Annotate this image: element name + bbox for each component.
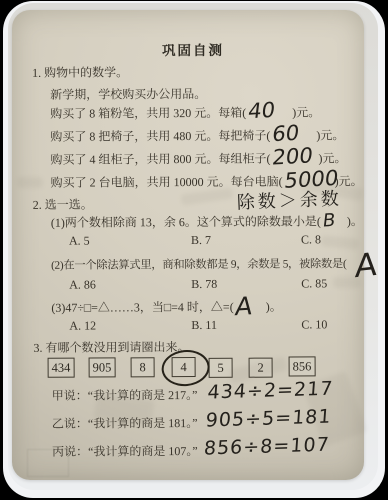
- q2-sub3-options: A. 12B. 11C. 10: [69, 317, 327, 333]
- option-a: A. 12: [69, 318, 191, 334]
- q1-row: 购买了 8 把椅子，共用 480 元。每把椅子(60)元。: [50, 126, 344, 145]
- q2-sub1-before: (1)两个数相除商 13，余 6。这个算式的除数最小是(: [51, 214, 321, 229]
- q1-row1-handwritten-answer: 60: [271, 121, 301, 147]
- q1-label: 1. 购物中的数学。: [32, 63, 128, 81]
- number-box: 905: [89, 357, 116, 377]
- worksheet-content: 巩固自测 1. 购物中的数学。 新学期，学校购买办公用品。 购买了 8 箱粉笔，…: [3, 1, 385, 498]
- q1-intro: 新学期，学校购买办公用品。: [50, 85, 206, 103]
- q1-row: 购买了 4 组柜子，共用 800 元。每组柜子(200)元。: [50, 149, 346, 168]
- option-b: B. 7: [191, 232, 301, 248]
- q3-label: 3. 有哪个数没用到请圈出来。: [33, 338, 189, 356]
- screenshot-root: 巩固自测 1. 购物中的数学。 新学期，学校购买办公用品。 购买了 8 箱粉笔，…: [0, 0, 388, 500]
- number-box: 434: [48, 358, 75, 378]
- q2-sub1-handwritten-answer: B: [322, 210, 337, 232]
- q1-row1-before: 购买了 8 把椅子，共用 480 元。每把椅子(: [50, 129, 270, 144]
- number-box: 5: [209, 358, 233, 378]
- q2-sub2-stem: (2)在一个除法算式里，商和除数都是 9，余数是 5，被除数是(: [51, 255, 347, 273]
- handwritten-work: 905÷5=181: [205, 406, 332, 432]
- q2-sub1-stem: (1)两个数相除商 13，余 6。这个算式的除数最小是(B)。: [51, 212, 363, 231]
- q1-row0-before: 购买了 8 箱粉笔，共用 320 元。每箱(: [50, 106, 246, 121]
- option-c: C. 8: [301, 232, 321, 247]
- q2-sub3-stem: (3)47÷□=△……3，当□=4 时，△=(A)。: [51, 298, 281, 316]
- dialog-speech: 丙说：“我计算的商是 107。”: [52, 442, 198, 460]
- q1-row2-handwritten-answer: 200: [271, 143, 314, 169]
- q1-row0-handwritten-answer: 40: [247, 98, 277, 124]
- q1-row2-before: 购买了 4 组柜子，共用 800 元。每组柜子(: [50, 152, 270, 167]
- q2-sub3-after: )。: [266, 300, 282, 314]
- option-a: A. 86: [69, 277, 191, 293]
- q2-sub1-options: A. 5B. 7C. 8: [69, 232, 321, 248]
- q2-sub3-answer-gap: A: [234, 301, 266, 315]
- q2-label: 2. 选一选。: [33, 196, 93, 213]
- number-box: 2: [249, 358, 273, 378]
- option-c: C. 85: [301, 276, 327, 291]
- option-b: B. 11: [191, 317, 301, 333]
- dialog-speech: 乙说：“我计算的商是 181。”: [52, 414, 198, 432]
- q1-row1-answer-gap: 60: [270, 129, 316, 143]
- dialog-speech: 甲说：“我计算的商是 217。”: [52, 386, 198, 404]
- option-a: A. 5: [69, 233, 191, 249]
- q1-row2-after: )元。: [318, 151, 346, 165]
- q1-row1-after: )元。: [316, 128, 344, 142]
- number-box: 856: [289, 356, 316, 376]
- option-c: C. 10: [301, 317, 327, 332]
- handwritten-work: 434÷2=217: [207, 378, 334, 404]
- q2-sub3-before: (3)47÷□=△……3，当□=4 时，△=(: [51, 300, 233, 315]
- q2-sub2-handwritten-answer: A: [354, 245, 377, 285]
- q1-row: 购买了 8 箱粉笔，共用 320 元。每箱(40)元。: [50, 103, 320, 121]
- q2-sub1-after: )。: [347, 214, 363, 228]
- handwritten-work: 856÷8=107: [203, 434, 330, 460]
- page-title: 巩固自测: [3, 38, 384, 60]
- q1-row0-after: )元。: [292, 105, 320, 119]
- q2-sub2-options: A. 86B. 78C. 85: [69, 276, 327, 292]
- q1-row2-answer-gap: 200: [270, 152, 318, 166]
- q2-sub1-answer-gap: B: [321, 215, 347, 229]
- q2-sub2-before: (2)在一个除法算式里，商和除数都是 9，余数是 5，被除数是(: [51, 258, 346, 272]
- photo-card: 巩固自测 1. 购物中的数学。 新学期，学校购买办公用品。 购买了 8 箱粉笔，…: [3, 1, 385, 498]
- option-b: B. 78: [191, 276, 301, 292]
- number-box: 8: [131, 357, 155, 377]
- q1-row0-answer-gap: 40: [246, 106, 292, 120]
